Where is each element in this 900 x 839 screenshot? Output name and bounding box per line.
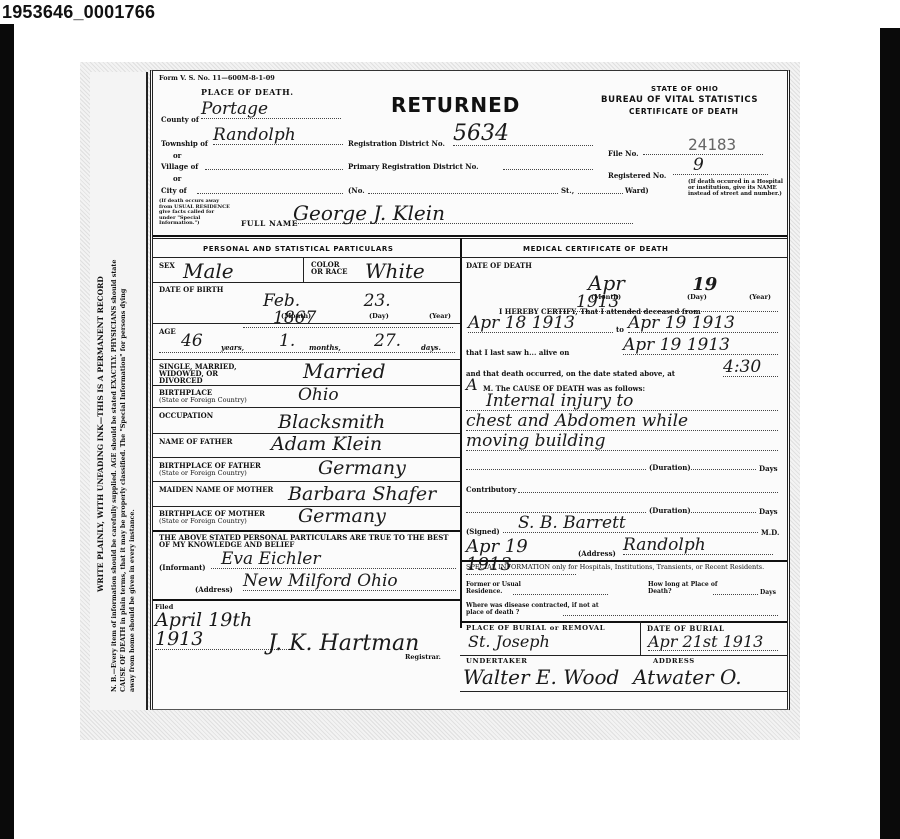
rule [153, 323, 460, 324]
duration-days-line-1 [691, 469, 756, 470]
document-id: 1953646_0001766 [2, 2, 155, 23]
days-label: days. [421, 343, 441, 352]
rule [460, 257, 787, 258]
contributory-label: Contributory [466, 485, 517, 494]
st-label: St., [561, 186, 574, 195]
city-label: City of [161, 186, 187, 195]
place-of-death-label: PLACE OF DEATH. [201, 87, 294, 97]
divider-top [153, 235, 787, 237]
color-value: White [365, 261, 425, 281]
dod-month-caption: (Month) [591, 293, 621, 301]
rule [640, 621, 641, 655]
margin-line-4: away from home should be given in every … [128, 509, 137, 692]
dob-label: DATE OF BIRTH [159, 285, 223, 294]
scan-border-left [0, 24, 14, 839]
former-residence-line [513, 594, 608, 595]
marital-label: SINGLE, MARRIED, WIDOWED, OR DIVORCED [159, 363, 259, 384]
rule [153, 530, 460, 532]
dob-day-caption: (Day) [369, 312, 389, 320]
county-label: County of [161, 115, 199, 124]
undertaker-address-label: ADDRESS [653, 657, 695, 665]
cause-line-2: chest and Abdomen while [466, 413, 778, 431]
township-value: Randolph [213, 127, 343, 145]
cause-line-3: moving building [466, 433, 778, 451]
informant-value: Eva Eichler [211, 551, 456, 569]
age-days: 27. [374, 333, 401, 350]
rule [460, 655, 787, 656]
burial-date-value: Apr 21st 1913 [648, 634, 778, 651]
ward-label: Ward) [625, 186, 649, 195]
primary-reg-label: Primary Registration District No. [348, 162, 479, 171]
personal-section-title: PERSONAL AND STATISTICAL PARTICULARS [203, 245, 393, 253]
hospital-note: (If death occured in a Hospital or insti… [688, 179, 783, 197]
or-2: or [173, 174, 181, 183]
dod-label: DATE OF DEATH [466, 261, 532, 270]
margin-line-1: WRITE PLAINLY, WITH UNFADING INK—THIS IS… [96, 276, 105, 592]
informant-address-value: New Milford Ohio [243, 573, 456, 591]
mother-label: MAIDEN NAME OF MOTHER [159, 485, 273, 494]
days-label-3: Days [760, 589, 776, 596]
duration-days-line-2 [691, 512, 756, 513]
md-label: M.D. [761, 528, 779, 537]
rule [153, 481, 460, 482]
disease-contracted-line [563, 615, 778, 616]
color-label: COLOR OR RACE [311, 261, 351, 275]
mother-birthplace-sub: (State or Foreign Country) [159, 517, 247, 525]
mother-birthplace-value: Germany [298, 507, 386, 526]
form-number: Form V. S. No. 11—600M-8-1-09 [159, 74, 275, 82]
scan-border-right [880, 28, 900, 839]
file-no-label: File No. [608, 149, 639, 158]
duration-label-2: (Duration) [649, 506, 691, 515]
or-1: or [173, 151, 181, 160]
registered-no-value: 9 [673, 157, 768, 175]
death-time-text: and that death occurred, on the date sta… [466, 369, 675, 378]
mother-value: Barbara Shafer [288, 485, 436, 504]
am-value: A [466, 377, 478, 393]
burial-place-label: PLACE OF BURIAL or REMOVAL [466, 624, 605, 632]
duration-label-1: (Duration) [649, 463, 691, 472]
full-name-value: George J. Klein [293, 203, 633, 224]
age-years: 46 [181, 333, 203, 350]
last-saw-text: that I last saw h... alive on [466, 348, 569, 357]
column-divider [460, 238, 462, 628]
informant-label: (Informant) [159, 563, 206, 572]
bureau-label: BUREAU OF VITAL STATISTICS [601, 95, 758, 105]
rule [153, 257, 460, 258]
contributory-line [518, 492, 778, 493]
registered-no-label: Registered No. [608, 171, 666, 180]
dod-year-caption: (Year) [749, 293, 771, 301]
last-saw-value: Apr 19 1913 [623, 337, 778, 355]
margin-line-2: N. B.—Every item of information should b… [110, 260, 119, 692]
village-label: Village of [161, 162, 198, 171]
away-note: (If death occurs away from USUAL RESIDEN… [159, 199, 231, 227]
burial-place-value: St. Joseph [468, 634, 550, 650]
birthplace-sub: (State or Foreign Country) [159, 396, 247, 404]
birthplace-value: Ohio [298, 387, 339, 404]
rule [460, 621, 787, 623]
rule [153, 599, 460, 601]
death-certificate-form: Form V. S. No. 11—600M-8-1-09 PLACE OF D… [150, 70, 790, 710]
age-months: 1. [279, 333, 295, 350]
certificate-title: CERTIFICATE OF DEATH [629, 107, 739, 116]
dod-day-caption: (Day) [687, 293, 707, 301]
age-row: 46 years, 1. months, 27. days. [159, 333, 455, 353]
medical-section-title: MEDICAL CERTIFICATE OF DEATH [523, 245, 668, 253]
primary-reg-value [503, 169, 593, 170]
returned-stamp: RETURNED [391, 93, 520, 117]
rule [153, 457, 460, 458]
years-label: years, [221, 343, 244, 352]
rule [460, 560, 787, 562]
father-birthplace-value: Germany [318, 459, 406, 478]
rule [153, 282, 460, 283]
death-time-value: 4:30 [723, 359, 778, 377]
ward-value [578, 193, 623, 194]
undertaker-address-value: Atwater O. [633, 667, 742, 687]
dod-day: 19 [692, 274, 717, 295]
how-long-line [713, 594, 758, 595]
occupation-value: Blacksmith [278, 413, 385, 432]
sex-label: SEX [159, 261, 175, 270]
dob-year-caption: (Year) [429, 312, 451, 320]
margin-instructions: WRITE PLAINLY, WITH UNFADING INK—THIS IS… [90, 72, 148, 710]
registrar-signature: J. K. Hartman [268, 633, 419, 655]
physician-signature: S. B. Barrett [503, 515, 758, 533]
cause-line-1: Internal injury to [466, 393, 778, 411]
physician-address-value: Randolph [623, 537, 773, 555]
rule [153, 407, 460, 408]
dob-month-caption: (Month) [281, 312, 311, 320]
township-label: Township of [161, 139, 208, 148]
days-label-2: Days [759, 507, 778, 516]
county-value: Portage [201, 101, 341, 119]
reg-district-label: Registration District No. [348, 139, 445, 148]
full-name-label: FULL NAME [241, 219, 298, 228]
father-birthplace-sub: (State or Foreign Country) [159, 469, 247, 477]
duration-line-1 [466, 469, 646, 470]
dob-day: 23. [364, 291, 391, 311]
to-label: to [616, 325, 624, 334]
rule [460, 691, 787, 692]
file-no-value: 24183 [643, 135, 763, 155]
street-no-label: (No. [348, 186, 365, 195]
informant-address-label: (Address) [195, 585, 233, 594]
city-value [197, 193, 343, 194]
father-value: Adam Klein [271, 435, 382, 454]
attended-from: Apr 18 1913 [468, 315, 613, 333]
days-label-1: Days [759, 464, 778, 473]
undertaker-label: UNDERTAKER [466, 657, 527, 665]
attended-to: Apr 19 1913 [628, 315, 778, 333]
divider-top-2 [153, 238, 787, 239]
sex-value: Male [183, 261, 234, 281]
marital-value: Married [303, 361, 386, 381]
signed-label: (Signed) [466, 527, 500, 536]
special-info: SPECIAL INFORMATION only for Hospitals, … [466, 564, 781, 572]
state-label: STATE OF OHIO [651, 85, 718, 93]
margin-line-3: CAUSE OF DEATH in plain terms, that it m… [119, 289, 128, 692]
father-label: NAME OF FATHER [159, 437, 232, 446]
months-label: months, [309, 343, 341, 352]
street-value [368, 193, 558, 194]
attestation-text: THE ABOVE STATED PERSONAL PARTICULARS AR… [159, 534, 454, 548]
village-value [205, 169, 343, 170]
reg-district-value: 5634 [453, 123, 593, 146]
undertaker-value: Walter E. Wood [463, 667, 619, 687]
occupation-label: OCCUPATION [159, 411, 213, 420]
rule [303, 257, 304, 282]
registrar-label: Registrar. [405, 653, 441, 661]
physician-address-label: (Address) [578, 549, 616, 558]
